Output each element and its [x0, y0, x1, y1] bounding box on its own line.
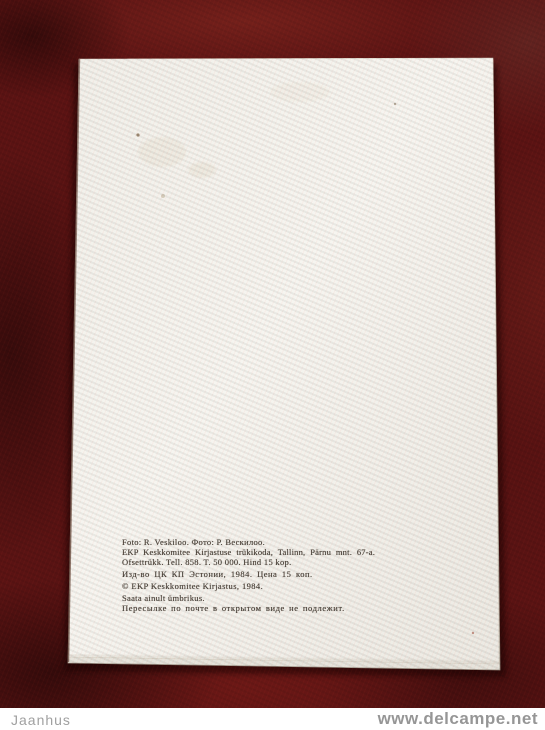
speck — [394, 103, 396, 105]
imprint-line-mailing-et: Saata ainult ümbrikus. — [122, 593, 442, 603]
speck — [136, 133, 139, 136]
speck — [472, 632, 474, 634]
imprint-line-print-info: Ofsettrükk. Tell. 858. T. 50 000. Hind 1… — [122, 557, 442, 567]
imprint-line-copyright: © EKP Keskkomitee Kirjastus, 1984. — [122, 581, 442, 591]
speck — [161, 194, 165, 198]
stain — [188, 162, 216, 178]
leather-background-photo: Foto: R. Veskiloo. Фото: Р. Вескилоо. EK… — [0, 0, 545, 708]
imprint-line-printer: EKP Keskkomitee Kirjastuse trükikoda, Ta… — [122, 547, 442, 557]
watermark-delcampe: www.delcampe.net — [378, 709, 538, 729]
publisher-imprint-block: Foto: R. Veskiloo. Фото: Р. Вескилоо. EK… — [122, 537, 442, 613]
imprint-line-publisher-ru: Изд-во ЦК КП Эстонии, 1984. Цена 15 коп. — [122, 569, 442, 579]
watermark-bar: Jaanhus www.delcampe.net — [0, 708, 545, 730]
watermark-seller: Jaanhus — [11, 712, 71, 728]
imprint-line-photo-credit: Foto: R. Veskiloo. Фото: Р. Вескилоо. — [122, 537, 442, 547]
stain — [138, 137, 186, 167]
stain — [270, 82, 330, 102]
imprint-line-mailing-ru: Пересылке по почте в открытом виде не по… — [122, 603, 442, 613]
